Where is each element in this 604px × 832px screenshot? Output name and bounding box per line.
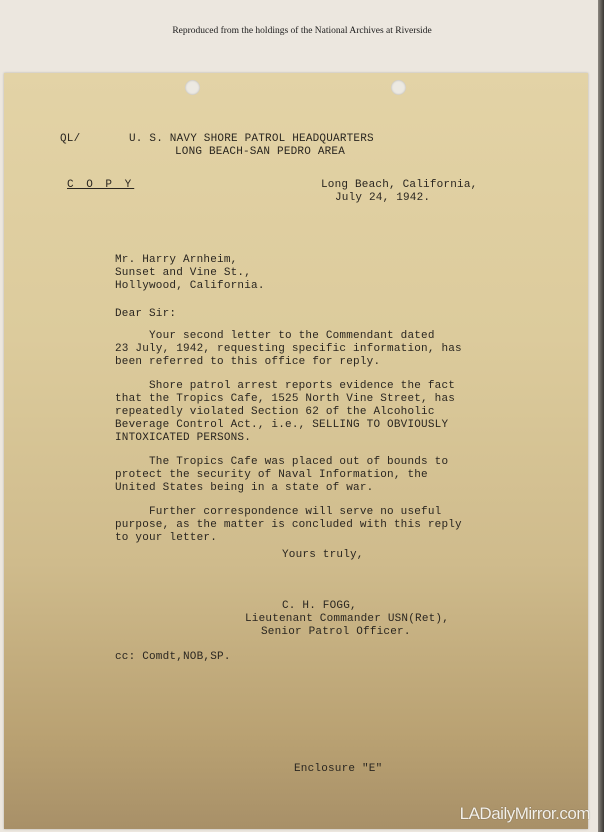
- body-line: Shore patrol arrest reports evidence the…: [115, 380, 455, 394]
- body-line: Your second letter to the Commendant dat…: [115, 330, 435, 344]
- body-line: repeatedly violated Section 62 of the Al…: [115, 406, 435, 420]
- watermark: LADailyMirror.com: [460, 804, 590, 824]
- body-line: United States being in a state of war.: [115, 482, 373, 496]
- signature-name: C. H. FOGG,: [282, 600, 357, 614]
- closing: Yours truly,: [282, 549, 364, 563]
- punch-hole: [185, 80, 200, 95]
- cc-line: cc: Comdt,NOB,SP.: [115, 651, 231, 665]
- letter-date: July 24, 1942.: [335, 192, 430, 206]
- salutation: Dear Sir:: [115, 308, 176, 322]
- recipient-line: Mr. Harry Arnheim,: [115, 254, 237, 268]
- body-line: protect the security of Naval Informatio…: [115, 469, 428, 483]
- letter-place: Long Beach, California,: [321, 179, 477, 193]
- letterhead-line-2: LONG BEACH-SAN PEDRO AREA: [175, 146, 345, 160]
- enclosure-label: Enclosure "E": [294, 763, 382, 777]
- body-line: The Tropics Cafe was placed out of bound…: [115, 456, 448, 470]
- body-line: 23 July, 1942, requesting specific infor…: [115, 343, 462, 357]
- recipient-line: Hollywood, California.: [115, 280, 265, 294]
- body-line: purpose, as the matter is concluded with…: [115, 519, 462, 533]
- archive-caption: Reproduced from the holdings of the Nati…: [0, 26, 604, 36]
- body-line: INTOXICATED PERSONS.: [115, 432, 251, 446]
- body-line: to your letter.: [115, 532, 217, 546]
- body-line: been referred to this office for reply.: [115, 356, 380, 370]
- letter-sheet: QL/ U. S. NAVY SHORE PATROL HEADQUARTERS…: [4, 73, 588, 829]
- letterhead-line-1: U. S. NAVY SHORE PATROL HEADQUARTERS: [129, 133, 374, 147]
- recipient-line: Sunset and Vine St.,: [115, 267, 251, 281]
- reference-code: QL/: [60, 133, 80, 147]
- signature-title: Senior Patrol Officer.: [261, 626, 411, 640]
- punch-hole: [391, 80, 406, 95]
- photo-edge: [598, 0, 604, 832]
- signature-rank: Lieutenant Commander USN(Ret),: [245, 613, 449, 627]
- body-line: Further correspondence will serve no use…: [115, 506, 441, 520]
- body-line: Beverage Control Act., i.e., SELLING TO …: [115, 419, 448, 433]
- body-line: that the Tropics Cafe, 1525 North Vine S…: [115, 393, 455, 407]
- copy-label: C O P Y: [67, 179, 134, 193]
